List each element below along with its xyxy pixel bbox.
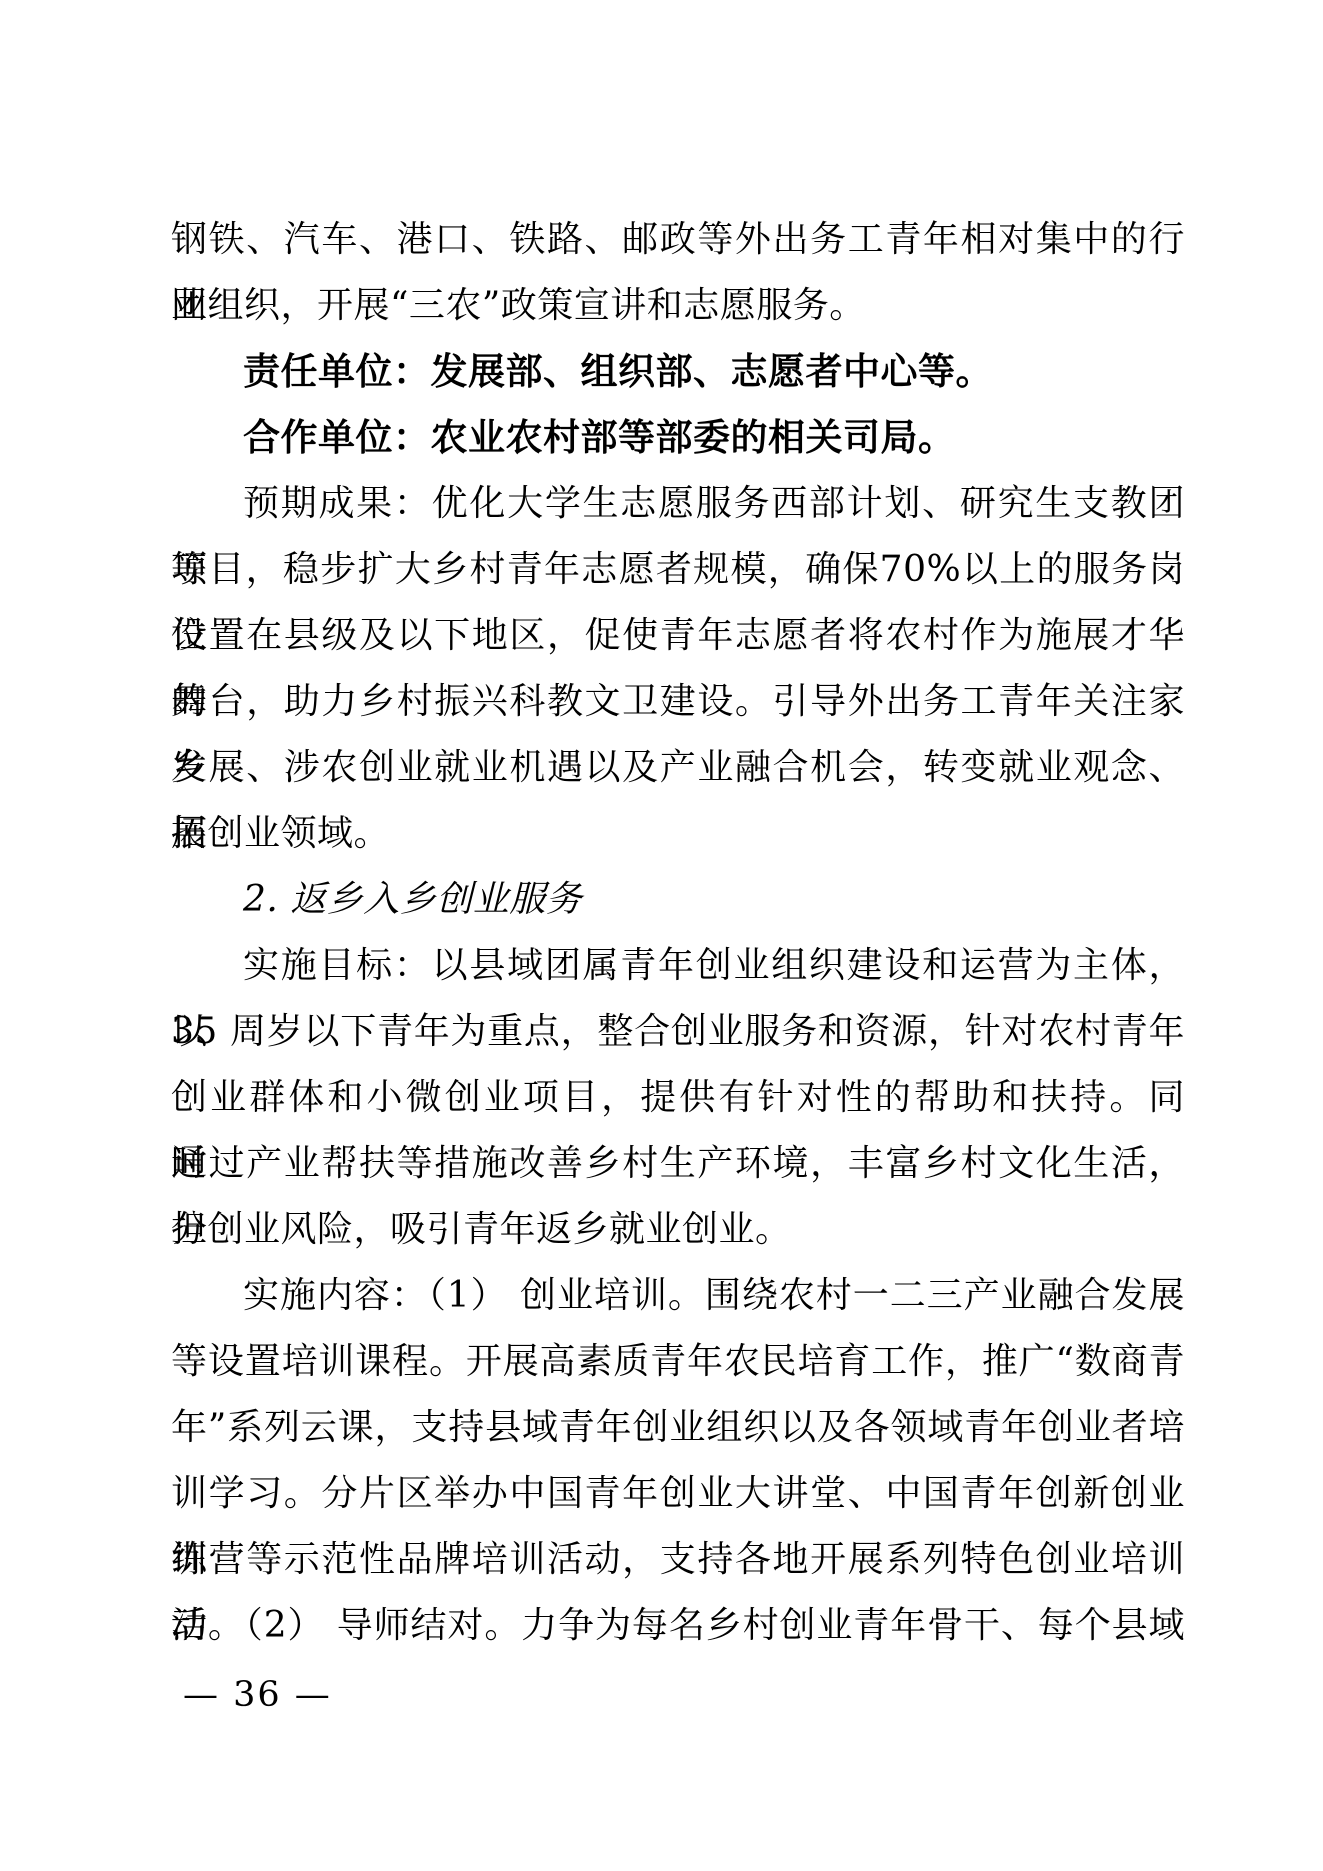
document-body: 钢铁、汽车、港口、铁路、邮政等外出务工青年相对集中的行业团组织，开展“三农”政策… (171, 207, 1185, 1659)
text-line: 实施目标：以县域团属青年创业组织建设和运营为主体，以 (171, 933, 1185, 999)
text-line: 等设置培训课程。开展高素质青年农民培育工作，推广“数商青 (171, 1329, 1185, 1395)
text-line: 团组织，开展“三农”政策宣讲和志愿服务。 (171, 273, 1185, 339)
text-line: 通过产业帮扶等措施改善乡村生产环境，丰富乡村文化生活，分 (171, 1131, 1185, 1197)
text-line: 2. 返乡入乡创业服务 (171, 867, 1185, 933)
text-line: 责任单位：发展部、组织部、志愿者中心等。 (171, 339, 1185, 405)
text-line: 练营等示范性品牌培训活动，支持各地开展系列特色创业培训活 (171, 1527, 1185, 1593)
text-line: 发展、涉农创业就业机遇以及产业融合机会，转变就业观念、拓 (171, 735, 1185, 801)
text-line: 担创业风险，吸引青年返乡就业创业。 (171, 1197, 1185, 1263)
text-line: 舞台，助力乡村振兴科教文卫建设。引导外出务工青年关注家乡 (171, 669, 1185, 735)
text-line: 实施内容：（1） 创业培训。围绕农村一二三产业融合发展 (171, 1263, 1185, 1329)
text-line: 创业群体和小微创业项目，提供有针对性的帮助和扶持。同时， (171, 1065, 1185, 1131)
text-line: 35 周岁以下青年为重点，整合创业服务和资源，针对农村青年 (171, 999, 1185, 1065)
text-line: 展创业领域。 (171, 801, 1185, 867)
text-line: 年”系列云课，支持县域青年创业组织以及各领域青年创业者培 (171, 1395, 1185, 1461)
text-line: 合作单位：农业农村部等部委的相关司局。 (171, 405, 1185, 471)
text-line: 项目，稳步扩大乡村青年志愿者规模，确保70%以上的服务岗位 (171, 537, 1185, 603)
document-page: 钢铁、汽车、港口、铁路、邮政等外出务工青年相对集中的行业团组织，开展“三农”政策… (0, 0, 1323, 1871)
page-number: — 36 — (183, 1672, 332, 1718)
text-line: 动。（2） 导师结对。力争为每名乡村创业青年骨干、每个县域 (171, 1593, 1185, 1659)
text-line: 设置在县级及以下地区，促使青年志愿者将农村作为施展才华的 (171, 603, 1185, 669)
text-line: 钢铁、汽车、港口、铁路、邮政等外出务工青年相对集中的行业 (171, 207, 1185, 273)
text-line: 预期成果：优化大学生志愿服务西部计划、研究生支教团等 (171, 471, 1185, 537)
text-line: 训学习。分片区举办中国青年创业大讲堂、中国青年创新创业训 (171, 1461, 1185, 1527)
